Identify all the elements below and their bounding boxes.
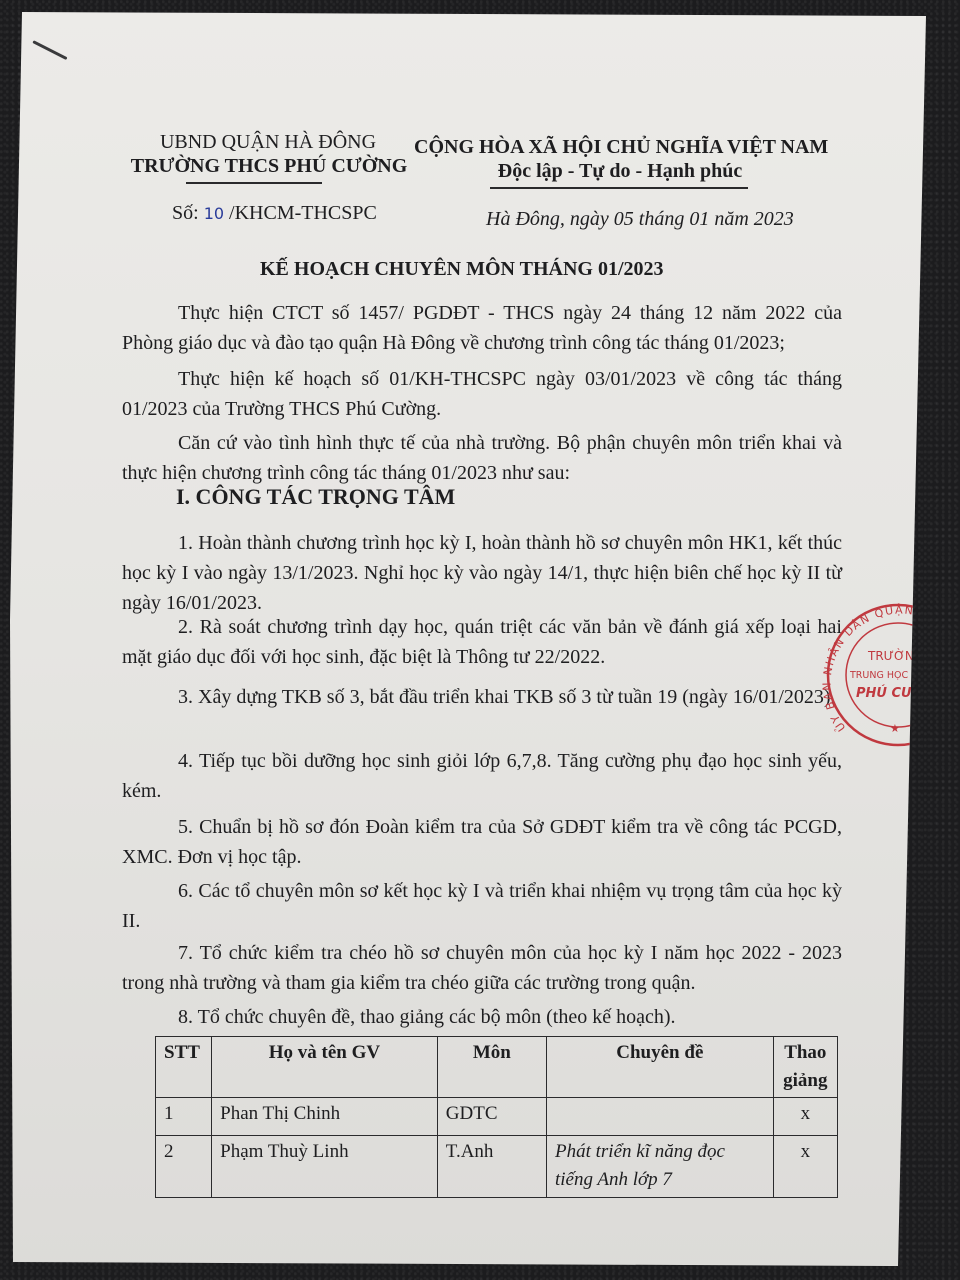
cell-subject: GDTC bbox=[437, 1098, 546, 1136]
doc-number-label: Số: bbox=[172, 202, 199, 224]
pen-mark bbox=[32, 40, 67, 60]
intro-paragraph-1: Thực hiện CTCT số 1457/ PGDĐT - THCS ngà… bbox=[122, 298, 842, 358]
teaching-plan-table: STT Họ và tên GV Môn Chuyên đề Thao giản… bbox=[155, 1036, 838, 1198]
doc-number-suffix: /KHCM-THCSPC bbox=[229, 202, 377, 224]
doc-number: Số: 10 /KHCM-THCSPC bbox=[172, 198, 377, 229]
task-item: 3. Xây dựng TKB số 3, bắt đầu triển khai… bbox=[122, 682, 842, 712]
doc-number-handwritten: 10 bbox=[204, 204, 224, 223]
header-authority: UBND QUẬN HÀ ĐÔNG bbox=[148, 130, 388, 154]
national-motto: Độc lập - Tự do - Hạnh phúc bbox=[470, 159, 770, 183]
header-left-rule bbox=[186, 182, 322, 184]
header-school: TRƯỜNG THCS PHÚ CƯỜNG bbox=[110, 154, 428, 178]
task-item: 8. Tổ chức chuyên đề, thao giảng các bộ … bbox=[122, 1002, 842, 1032]
document-title: KẾ HOẠCH CHUYÊN MÔN THÁNG 01/2023 bbox=[260, 258, 664, 281]
national-title: CỘNG HÒA XÃ HỘI CHỦ NGHĨA VIỆT NAM bbox=[414, 135, 826, 159]
cell-name: Phạm Thuỳ Linh bbox=[212, 1136, 438, 1198]
stamp-star-icon: ★ bbox=[890, 722, 900, 735]
table-row: 2 Phạm Thuỳ Linh T.Anh Phát triển kĩ năn… bbox=[156, 1136, 838, 1198]
cell-demo: x bbox=[773, 1136, 837, 1198]
stamp-line-3: PHÚ CƯỜI bbox=[856, 685, 928, 701]
col-header-stt: STT bbox=[156, 1037, 212, 1098]
header-right-rule bbox=[490, 187, 748, 189]
col-header-name: Họ và tên GV bbox=[212, 1037, 438, 1098]
task-item: 2. Rà soát chương trình dạy học, quán tr… bbox=[122, 612, 842, 672]
col-header-topic: Chuyên đề bbox=[547, 1037, 774, 1098]
task-item: 7. Tổ chức kiểm tra chéo hồ sơ chuyên mô… bbox=[122, 938, 842, 998]
task-item: 5. Chuẩn bị hồ sơ đón Đoàn kiểm tra của … bbox=[122, 812, 842, 872]
cell-name: Phan Thị Chinh bbox=[212, 1098, 438, 1136]
cell-stt: 1 bbox=[156, 1098, 212, 1136]
section-heading: I. CÔNG TÁC TRỌNG TÂM bbox=[176, 484, 455, 510]
place-date: Hà Đông, ngày 05 tháng 01 năm 2023 bbox=[486, 204, 794, 234]
intro-paragraph-3: Căn cứ vào tình hình thực tế của nhà trư… bbox=[122, 428, 842, 488]
cell-demo: x bbox=[773, 1098, 837, 1136]
official-stamp: ỦY BAN NHÂN DÂN QUẬN TRƯỜN TRUNG HỌC C P… bbox=[806, 600, 936, 750]
cell-topic: Phát triển kĩ năng đọc tiếng Anh lớp 7 bbox=[547, 1136, 774, 1198]
table-row: 1 Phan Thị Chinh GDTC x bbox=[156, 1098, 838, 1136]
task-item: 4. Tiếp tục bồi dưỡng học sinh giỏi lớp … bbox=[122, 746, 842, 806]
stamp-line-2: TRUNG HỌC C bbox=[849, 670, 918, 681]
cell-topic bbox=[547, 1098, 774, 1136]
col-header-subject: Môn bbox=[437, 1037, 546, 1098]
intro-paragraph-2: Thực hiện kế hoạch số 01/KH-THCSPC ngày … bbox=[122, 364, 842, 424]
col-header-demo: Thao giảng bbox=[773, 1037, 837, 1098]
document-page: UBND QUẬN HÀ ĐÔNG TRƯỜNG THCS PHÚ CƯỜNG … bbox=[0, 0, 960, 1280]
cell-stt: 2 bbox=[156, 1136, 212, 1198]
task-item: 6. Các tổ chuyên môn sơ kết học kỳ I và … bbox=[122, 876, 842, 936]
cell-subject: T.Anh bbox=[437, 1136, 546, 1198]
task-item: 1. Hoàn thành chương trình học kỳ I, hoà… bbox=[122, 528, 842, 618]
stamp-line-1: TRƯỜN bbox=[867, 648, 914, 663]
table-header-row: STT Họ và tên GV Môn Chuyên đề Thao giản… bbox=[156, 1037, 838, 1098]
